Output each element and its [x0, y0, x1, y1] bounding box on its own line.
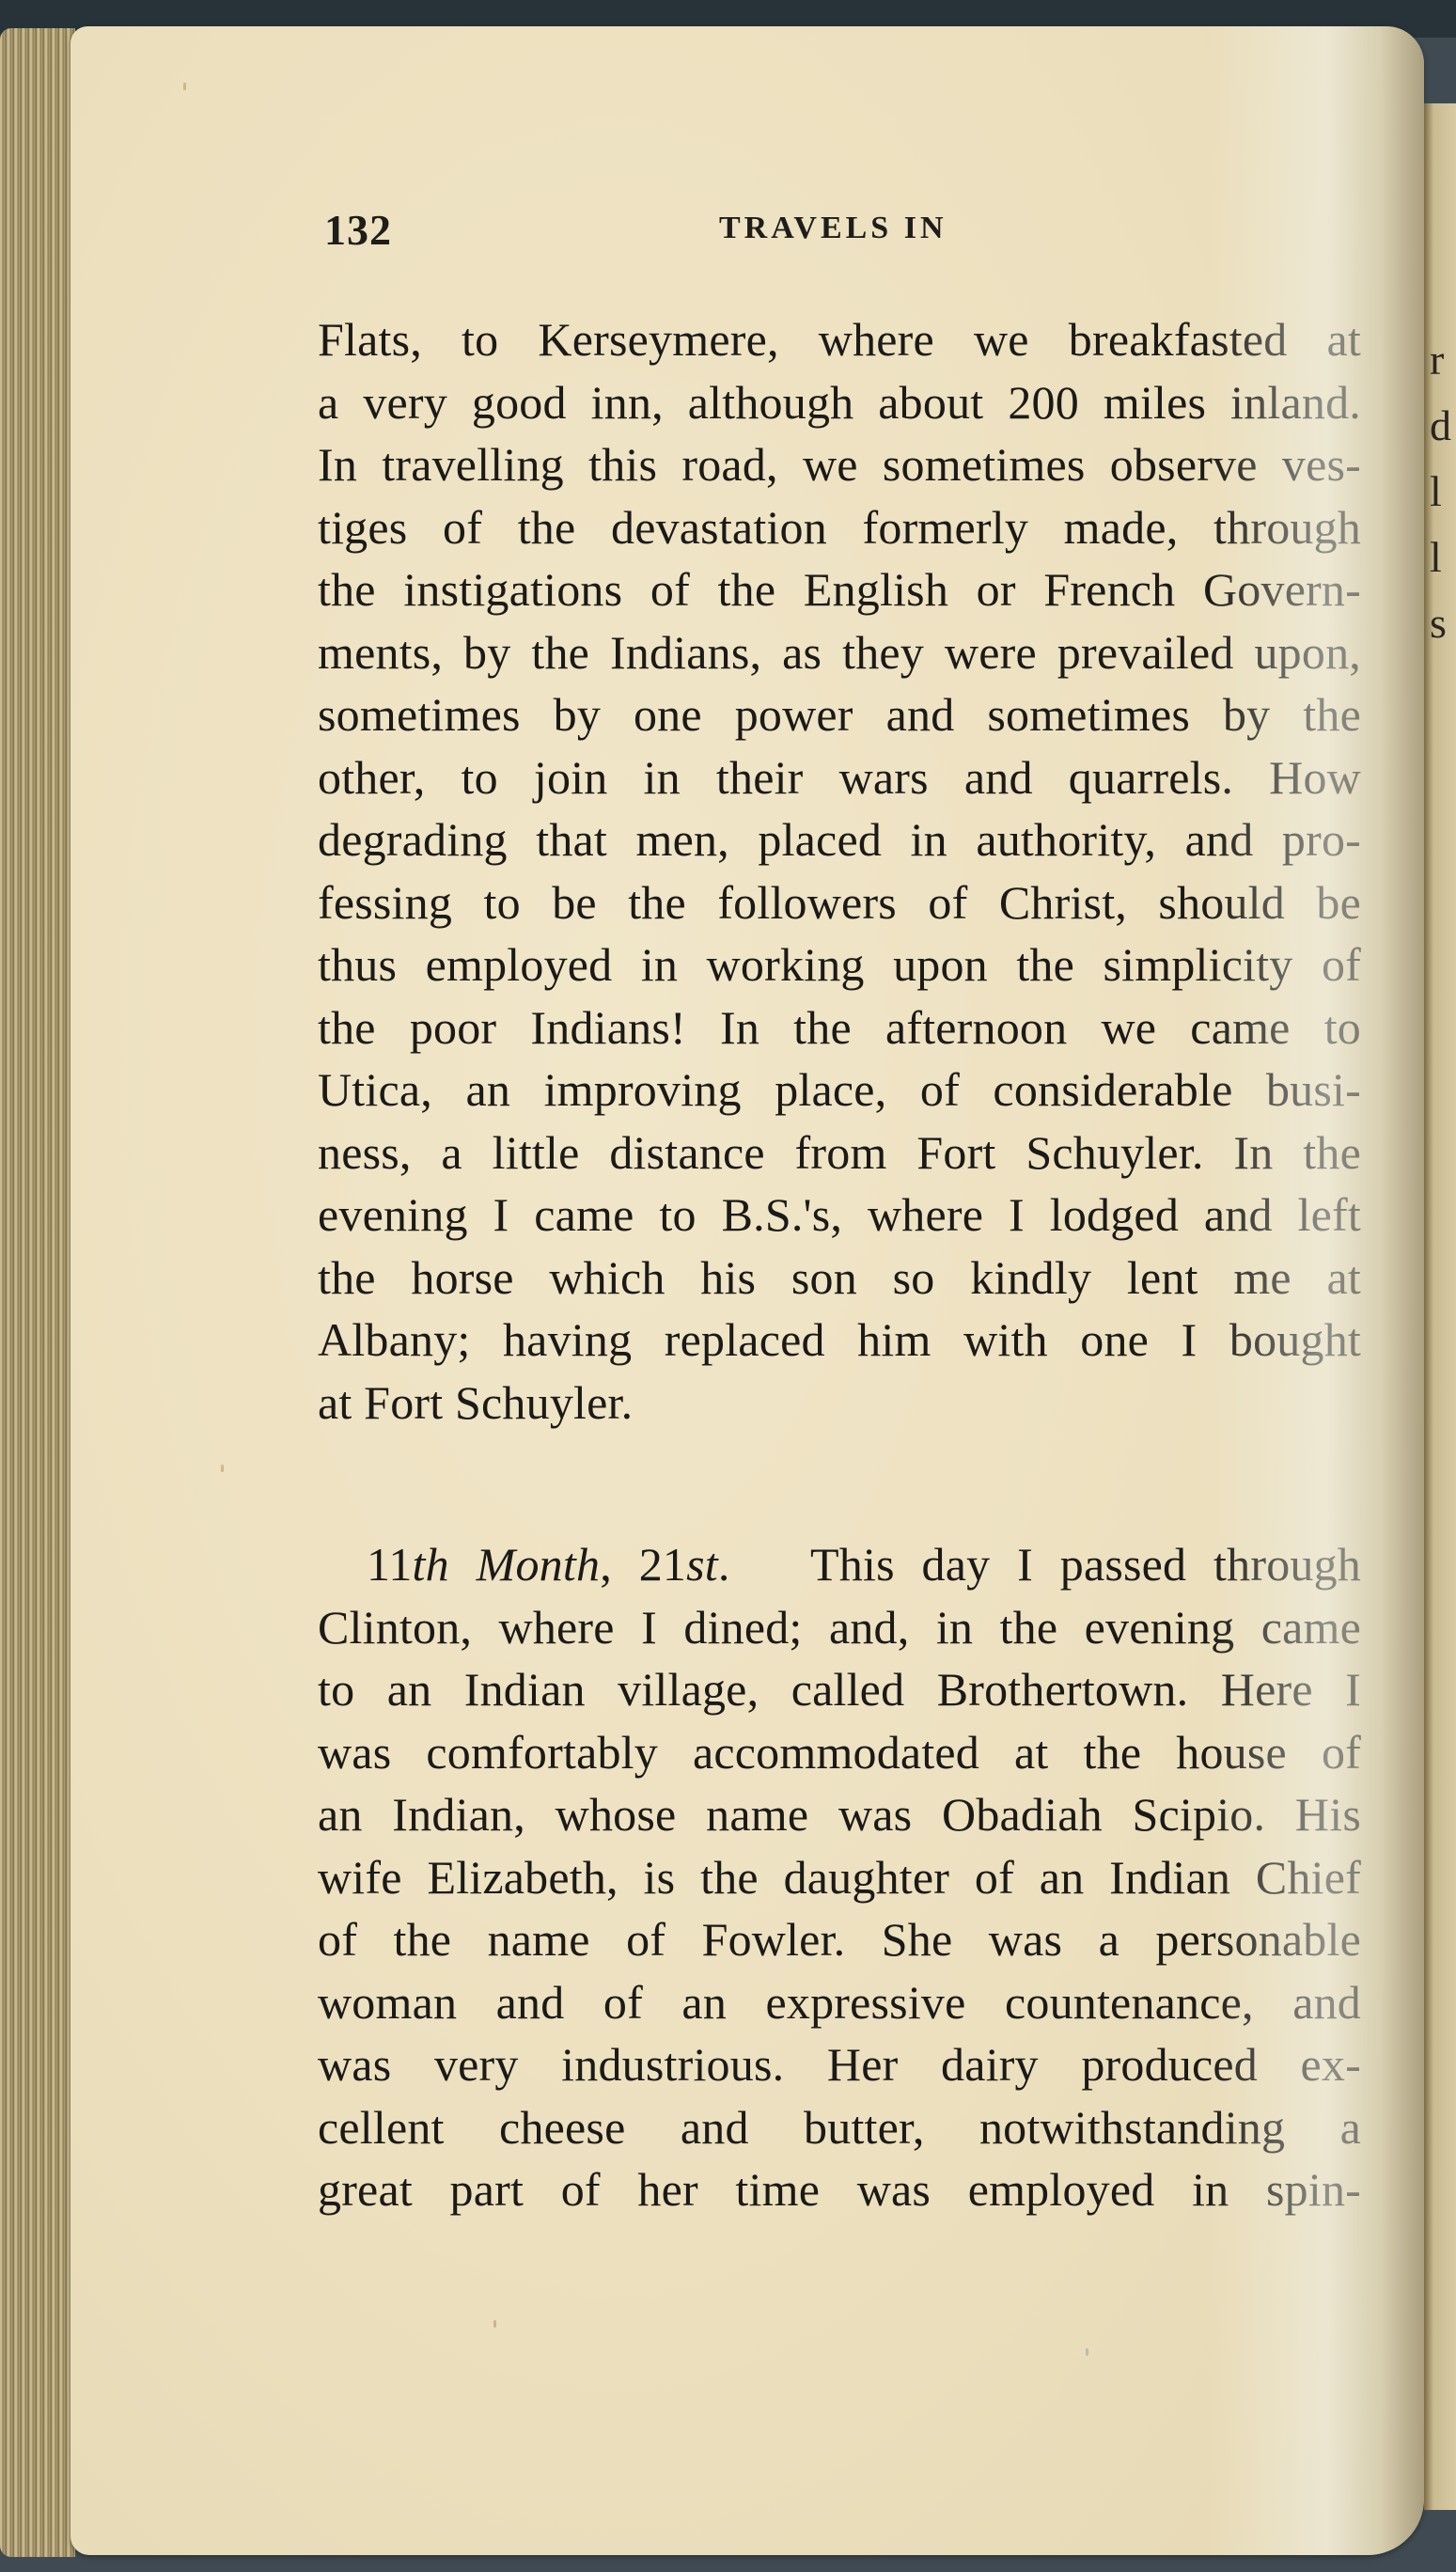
book-page: 132 TRAVELS IN Flats, to Kerseymere, whe… — [70, 26, 1424, 2555]
text-line: ments, by the Indians, as they were prev… — [318, 621, 1361, 684]
text-line: a very good inn, although about 200 mile… — [318, 371, 1361, 434]
paragraph-2: 11th Month, 21st. This day I passed thro… — [318, 1533, 1399, 2221]
date-heading-line: 11th Month, 21st. This day I passed thro… — [318, 1533, 1361, 1596]
text-line: In travelling this road, we sometimes ob… — [318, 433, 1361, 496]
text-line: Flats, to Kerseymere, where we breakfast… — [318, 308, 1361, 371]
page-number: 132 — [324, 205, 392, 255]
body-text: Flats, to Kerseymere, where we breakfast… — [318, 308, 1399, 2221]
paper-speck — [183, 83, 186, 90]
text-line: degrading that men, placed in authority,… — [318, 808, 1361, 871]
text-line: was comfortably accommodated at the hous… — [318, 1721, 1361, 1784]
paper-speck — [221, 1465, 224, 1472]
date-month: th Month — [413, 1538, 601, 1591]
text-line: an Indian, whose name was Obadiah Scipio… — [318, 1783, 1361, 1846]
date-ordinal: 11 — [367, 1538, 413, 1591]
paper-speck — [1086, 2348, 1088, 2356]
running-head: 132 TRAVELS IN — [70, 205, 1424, 261]
facing-page-fragment: r — [1430, 338, 1444, 382]
facing-page-fragment: d — [1430, 404, 1451, 447]
text-line: Utica, an improving place, of considerab… — [318, 1059, 1361, 1121]
text-line: wife Elizabeth, is the daughter of an In… — [318, 1846, 1361, 1909]
text-line: to an Indian village, called Brothertown… — [318, 1658, 1361, 1721]
text-line: ness, a little distance from Fort Schuyl… — [318, 1121, 1361, 1184]
first-line-text: This day I passed through — [810, 1538, 1361, 1591]
text-line: woman and of an expressive countenance, … — [318, 1971, 1361, 2034]
date-period: . — [718, 1538, 730, 1591]
date-comma: , — [600, 1538, 612, 1591]
facing-page-edge: r d l l s — [1424, 103, 1456, 2510]
paper-speck — [493, 2320, 496, 2328]
facing-page-fragment: s — [1430, 602, 1447, 645]
facing-page-fragment: l — [1430, 470, 1442, 513]
text-line: thus employed in working upon the simpli… — [318, 933, 1361, 996]
text-line: at Fort Schuyler. — [318, 1372, 1361, 1435]
text-line: the instigations of the English or Frenc… — [318, 558, 1361, 621]
text-line: great part of her time was employed in s… — [318, 2158, 1361, 2221]
paragraph-gap — [318, 1434, 1399, 1533]
page-edges-stack — [0, 28, 75, 2557]
text-line: other, to join in their wars and quarrel… — [318, 746, 1361, 809]
text-line: was very industrious. Her dairy produced… — [318, 2033, 1361, 2096]
text-line: sometimes by one power and sometimes by … — [318, 683, 1361, 746]
text-line: of the name of Fowler. She was a persona… — [318, 1908, 1361, 1971]
text-line: fessing to be the followers of Christ, s… — [318, 871, 1361, 934]
text-line: tiges of the devastation formerly made, … — [318, 496, 1361, 559]
date-day-suffix: st — [686, 1538, 718, 1591]
facing-page-fragment: l — [1430, 536, 1442, 579]
running-title: TRAVELS IN — [719, 211, 947, 246]
paragraph-1: Flats, to Kerseymere, where we breakfast… — [318, 308, 1399, 1434]
text-line: Clinton, where I dined; and, in the even… — [318, 1596, 1361, 1659]
date-day: 21 — [639, 1538, 686, 1591]
text-line: evening I came to B.S.'s, where I lodged… — [318, 1184, 1361, 1247]
text-line: Albany; having replaced him with one I b… — [318, 1309, 1361, 1372]
text-line: the poor Indians! In the afternoon we ca… — [318, 996, 1361, 1059]
text-line: cellent cheese and butter, notwithstandi… — [318, 2096, 1361, 2159]
text-line: the horse which his son so kindly lent m… — [318, 1247, 1361, 1310]
